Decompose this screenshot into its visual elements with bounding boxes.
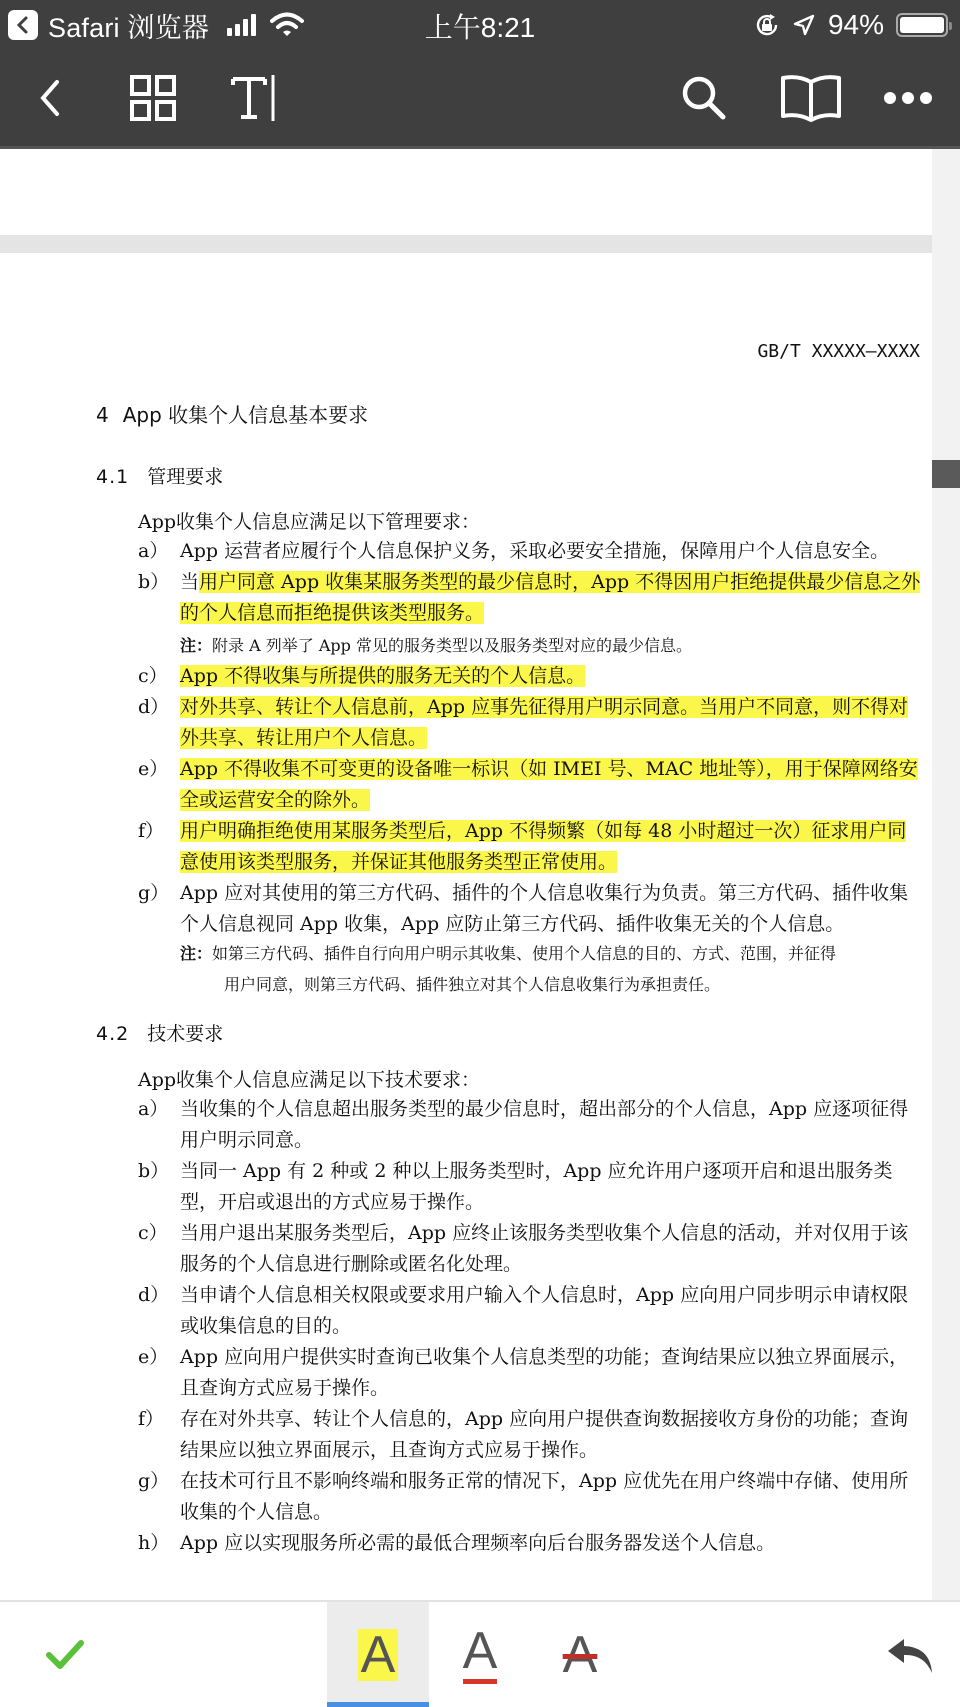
scrollbar-track[interactable] bbox=[932, 149, 960, 1600]
strikethrough-tool-button[interactable]: A bbox=[550, 1602, 610, 1707]
annotation-toolbar: A A A bbox=[0, 1600, 960, 1707]
list-item[interactable]: a） 当收集的个人信息超出服务类型的最少信息时，超出部分的个人信息，App 应逐… bbox=[138, 1094, 924, 1156]
list-item-highlighted[interactable]: f） 用户明确拒绝使用某服务类型后，App 不得频繁（如每 48 小时超过一次）… bbox=[138, 816, 924, 878]
underline-tool-button[interactable]: A bbox=[450, 1602, 510, 1707]
reading-mode-button[interactable] bbox=[774, 68, 848, 128]
highlight-annotation[interactable]: App 不得收集与所提供的服务无关的个人信息。 bbox=[180, 665, 585, 687]
text-tool-icon bbox=[229, 73, 279, 123]
undo-button[interactable] bbox=[875, 1602, 945, 1707]
document-viewport[interactable]: GB/T XXXXX—XXXX 4App 收集个人信息基本要求 4.1管理要求 … bbox=[0, 149, 932, 1600]
highlight-annotation[interactable]: 用户明确拒绝使用某服务类型后，App 不得频繁（如每 48 小时超过一次）征求用… bbox=[180, 820, 906, 873]
done-button[interactable] bbox=[30, 1602, 100, 1707]
highlight-annotation[interactable]: 对外共享、转让个人信息前，App 应事先征得用户明示同意。当用户不同意，则不得对… bbox=[180, 696, 908, 749]
back-button[interactable] bbox=[18, 68, 82, 128]
battery-icon bbox=[896, 13, 948, 37]
search-icon bbox=[681, 75, 727, 121]
highlight-annotation[interactable]: 用户同意 App 收集某服务类型的最少信息时，App 不得因用户拒绝提供最少信息… bbox=[180, 571, 920, 624]
location-icon bbox=[792, 13, 816, 37]
thumbnails-grid-icon bbox=[130, 75, 176, 121]
standard-code: GB/T XXXXX—XXXX bbox=[757, 341, 920, 362]
highlight-annotation[interactable]: App 不得收集不可变更的设备唯一标识（如 IMEI 号、MAC 地址等），用于… bbox=[180, 758, 918, 811]
reader-toolbar bbox=[0, 50, 960, 148]
list-item[interactable]: d） 当申请个人信息相关权限或要求用户输入个人信息时，App 应向用户同步明示申… bbox=[138, 1280, 924, 1342]
search-button[interactable] bbox=[672, 68, 736, 128]
list-item-highlighted[interactable]: d） 对外共享、转让个人信息前，App 应事先征得用户明示同意。当用户不同意，则… bbox=[138, 692, 924, 754]
scrollbar-thumb[interactable] bbox=[932, 460, 960, 488]
note: 注：如第三方代码、插件自行向用户明示其收集、使用个人信息的目的、方式、范围，并征… bbox=[180, 938, 920, 1000]
list-item-highlighted[interactable]: e） App 不得收集不可变更的设备唯一标识（如 IMEI 号、MAC 地址等）… bbox=[138, 754, 924, 816]
intro-text: App收集个人信息应满足以下技术要求： bbox=[138, 1065, 480, 1092]
status-bar: Safari 浏览器 上午8:21 94% bbox=[0, 0, 960, 50]
rotation-lock-icon bbox=[754, 12, 780, 38]
section-heading: 4App 收集个人信息基本要求 bbox=[96, 399, 368, 428]
list-item[interactable]: b） 当同一 App 有 2 种或 2 种以上服务类型时，App 应允许用户逐项… bbox=[138, 1156, 924, 1218]
subsection-heading-4-1: 4.1管理要求 bbox=[96, 462, 223, 489]
list-item[interactable]: e） App 应向用户提供实时查询已收集个人信息类型的功能；查询结果应以独立界面… bbox=[138, 1342, 924, 1404]
underline-icon: A bbox=[463, 1625, 498, 1684]
subsection-heading-4-2: 4.2技术要求 bbox=[96, 1019, 223, 1046]
more-button[interactable] bbox=[876, 68, 940, 128]
back-icon bbox=[38, 78, 62, 118]
list-item[interactable]: g） App 应对其使用的第三方代码、插件的个人信息收集行为负责。第三方代码、插… bbox=[138, 878, 924, 940]
undo-icon bbox=[886, 1635, 934, 1675]
list-item[interactable]: a） App 运营者应履行个人信息保护义务，采取必要安全措施，保障用户个人信息安… bbox=[138, 536, 924, 567]
more-icon bbox=[883, 91, 933, 105]
checkmark-icon bbox=[45, 1639, 85, 1671]
list-item[interactable]: h） App 应以实现服务所必需的最低合理频率向后台服务器发送个人信息。 bbox=[138, 1528, 924, 1559]
highlight-icon: A bbox=[358, 1629, 399, 1681]
strikethrough-icon: A bbox=[563, 1629, 598, 1681]
thumbnails-button[interactable] bbox=[121, 68, 185, 128]
note: 注：附录 A 列举了 App 常见的服务类型以及服务类型对应的最少信息。 bbox=[180, 630, 920, 661]
list-item-highlighted[interactable]: b） 当用户同意 App 收集某服务类型的最少信息时，App 不得因用户拒绝提供… bbox=[138, 567, 924, 629]
list-item-highlighted[interactable]: c） App 不得收集与所提供的服务无关的个人信息。 bbox=[138, 661, 924, 692]
list-item[interactable]: g） 在技术可行且不影响终端和服务正常的情况下，App 应优先在用户终端中存储、… bbox=[138, 1466, 924, 1528]
list-item[interactable]: c） 当用户退出某服务类型后，App 应终止该服务类型收集个人信息的活动，并对仅… bbox=[138, 1218, 924, 1280]
intro-text: App收集个人信息应满足以下管理要求： bbox=[138, 507, 480, 534]
book-reading-mode-icon bbox=[780, 74, 842, 122]
battery-percent: 94% bbox=[828, 9, 884, 41]
text-tool-button[interactable] bbox=[222, 68, 286, 128]
list-item[interactable]: f） 存在对外共享、转让个人信息的，App 应向用户提供查询数据接收方身份的功能… bbox=[138, 1404, 924, 1466]
page-separator bbox=[0, 235, 932, 253]
highlight-tool-button[interactable]: A bbox=[327, 1602, 429, 1707]
